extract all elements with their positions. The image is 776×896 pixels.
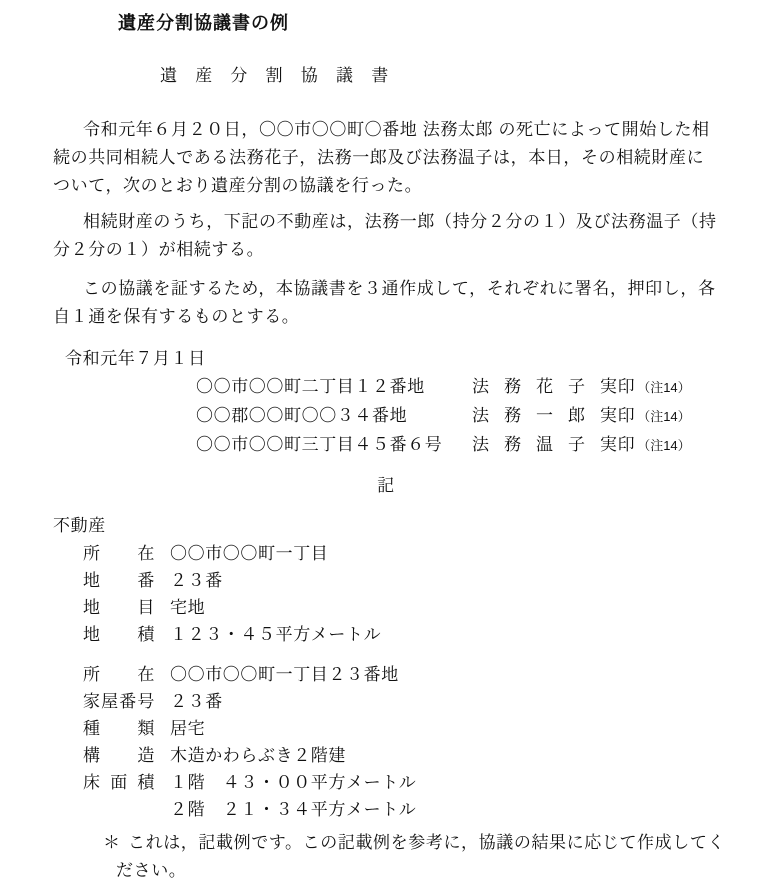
seal-note: （注14）: [637, 432, 690, 460]
signature-row: 〇〇市〇〇町二丁目１２番地法務花子実印（注14）: [196, 373, 719, 402]
signature-address: 〇〇郡〇〇町〇〇３４番地: [196, 402, 472, 430]
property-value: ２３番: [170, 567, 223, 594]
paragraph-line: 相続財産のうち，下記の不動産は，法務一郎（持分２分の１）及び法務温子（持: [53, 208, 719, 236]
property-label: 所在: [83, 540, 155, 567]
property-value: 〇〇市〇〇町一丁目２３番地: [170, 661, 399, 688]
seal-label: 実印: [600, 373, 635, 401]
signatory-name: 法務花子: [472, 373, 600, 401]
footnote-lines: これは，記載例です。この記載例を参考に，協議の結果に応じて作成してください。: [128, 829, 725, 885]
property-label: 地番: [83, 567, 155, 594]
footnote-line: ださい。: [116, 857, 725, 885]
signature-address: 〇〇市〇〇町二丁目１２番地: [196, 373, 472, 401]
property-row: ２階 ２１・３４平方メートル: [83, 796, 719, 823]
property-row: 地目宅地: [83, 594, 719, 621]
paragraph-line: 続の共同相続人である法務花子，法務一郎及び法務温子は，本日，その相続財産に: [53, 144, 719, 172]
agreement-date: 令和元年７月１日: [65, 345, 719, 373]
ki-marker: 記: [53, 472, 719, 500]
property-row: 種類居宅: [83, 715, 719, 742]
body-paragraphs: 令和元年６月２０日，〇〇市〇〇町〇番地 法務太郎 の死亡によって開始した相続の共…: [53, 116, 719, 331]
document-heading: 遺 産 分 割 協 議 書: [160, 62, 719, 90]
property-label: 家屋番号: [83, 688, 155, 715]
paragraph: 相続財産のうち，下記の不動産は，法務一郎（持分２分の１）及び法務温子（持分２分の…: [53, 208, 719, 264]
property-value: ２３番: [170, 688, 223, 715]
paragraph-line: 令和元年６月２０日，〇〇市〇〇町〇番地 法務太郎 の死亡によって開始した相: [53, 116, 719, 144]
property-label: 地積: [83, 621, 155, 648]
property-row: 家屋番号２３番: [83, 688, 719, 715]
property-label: 構造: [83, 742, 155, 769]
document-title: 遺産分割協議書の例: [118, 10, 719, 36]
property-row: 地番２３番: [83, 567, 719, 594]
property-label: 地目: [83, 594, 155, 621]
property-row: 床面積１階 ４３・００平方メートル: [83, 769, 719, 796]
seal-label: 実印: [600, 431, 635, 459]
signature-row: 〇〇市〇〇町三丁目４５番６号法務温子実印（注14）: [196, 431, 719, 460]
property-section-heading: 不動産: [53, 512, 719, 540]
signature-row: 〇〇郡〇〇町〇〇３４番地法務一郎実印（注14）: [196, 402, 719, 431]
property-value: １２３・４５平方メートル: [170, 621, 381, 648]
footnote: ＊ これは，記載例です。この記載例を参考に，協議の結果に応じて作成してください。: [53, 829, 719, 885]
property-value: 〇〇市〇〇町一丁目: [170, 540, 328, 567]
paragraph-line: 分２分の１）が相続する。: [53, 236, 719, 264]
property-label: 種類: [83, 715, 155, 742]
property-label: 所在: [83, 661, 155, 688]
signature-block: 〇〇市〇〇町二丁目１２番地法務花子実印（注14）〇〇郡〇〇町〇〇３４番地法務一郎…: [53, 373, 719, 460]
signatory-name: 法務温子: [472, 431, 600, 459]
paragraph: この協議を証するため，本協議書を３通作成して，それぞれに署名，押印し，各自１通を…: [53, 275, 719, 331]
document-page: 遺産分割協議書の例 遺 産 分 割 協 議 書 令和元年６月２０日，〇〇市〇〇町…: [0, 0, 776, 896]
signature-address: 〇〇市〇〇町三丁目４５番６号: [196, 431, 472, 459]
property-row: 地積１２３・４５平方メートル: [83, 621, 719, 648]
property-label: [83, 796, 155, 823]
property-label: 床面積: [83, 769, 155, 796]
property-row: 所在〇〇市〇〇町一丁目２３番地: [83, 661, 719, 688]
paragraph: 令和元年６月２０日，〇〇市〇〇町〇番地 法務太郎 の死亡によって開始した相続の共…: [53, 116, 719, 200]
signatory-name: 法務一郎: [472, 402, 600, 430]
property-value: 木造かわらぶき２階建: [170, 742, 346, 769]
property-row: 所在〇〇市〇〇町一丁目: [83, 540, 719, 567]
property-value: ２階 ２１・３４平方メートル: [170, 796, 416, 823]
property-value: 宅地: [170, 594, 205, 621]
paragraph-line: ついて，次のとおり遺産分割の協議を行った。: [53, 172, 719, 200]
land-fields: 所在〇〇市〇〇町一丁目地番２３番地目宅地地積１２３・４５平方メートル: [53, 540, 719, 648]
property-value: 居宅: [170, 715, 205, 742]
seal-label: 実印: [600, 402, 635, 430]
property-row: 構造木造かわらぶき２階建: [83, 742, 719, 769]
paragraph-line: この協議を証するため，本協議書を３通作成して，それぞれに署名，押印し，各: [53, 275, 719, 303]
paragraph-line: 自１通を保有するものとする。: [53, 303, 719, 331]
footnote-marker: ＊: [103, 829, 128, 857]
property-value: １階 ４３・００平方メートル: [170, 769, 416, 796]
footnote-line: これは，記載例です。この記載例を参考に，協議の結果に応じて作成してく: [128, 829, 725, 857]
building-fields: 所在〇〇市〇〇町一丁目２３番地家屋番号２３番種類居宅構造木造かわらぶき２階建床面…: [53, 661, 719, 823]
seal-note: （注14）: [637, 403, 690, 431]
seal-note: （注14）: [637, 374, 690, 402]
